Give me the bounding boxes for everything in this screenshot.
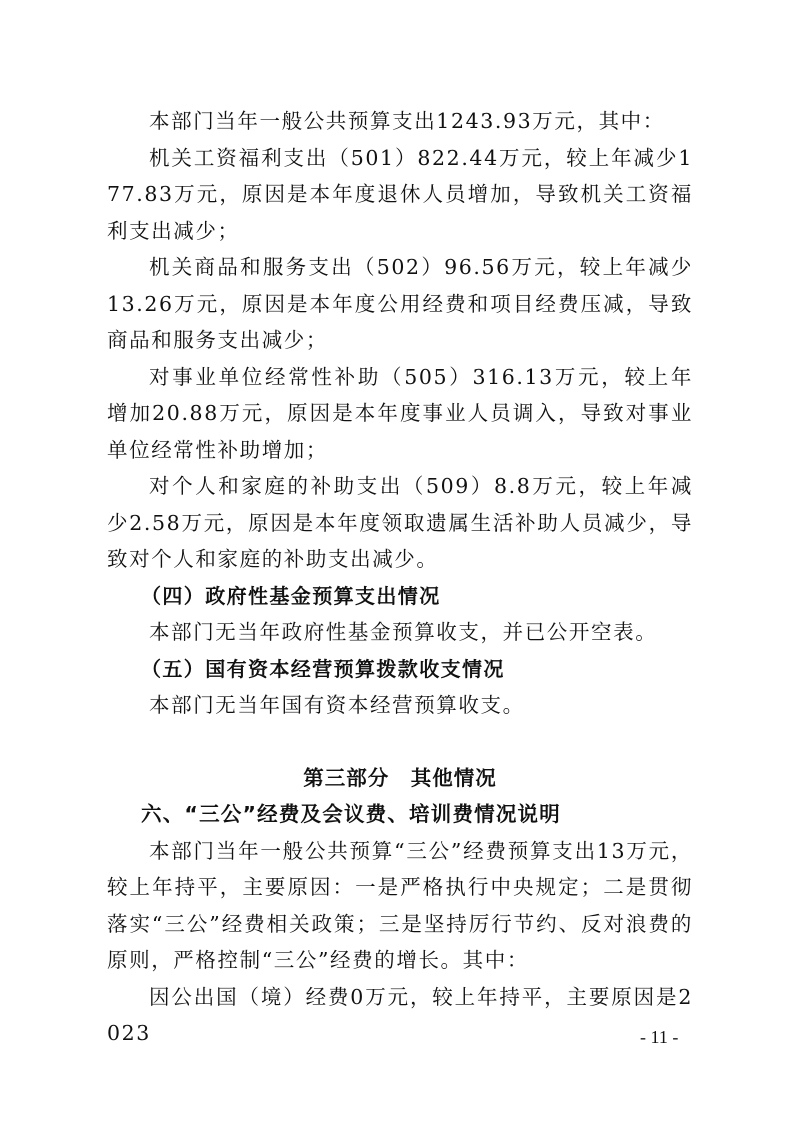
heading-government-fund-budget: （四）政府性基金预算支出情况 [107, 578, 693, 615]
part-three-title: 第三部分 其他情况 [107, 760, 693, 797]
document-page: 本部门当年一般公共预算支出1243.93万元，其中： 机关工资福利支出（501）… [107, 103, 693, 1052]
paragraph-wage-welfare-501: 机关工资福利支出（501）822.44万元，较上年减少177.83万元，原因是本… [107, 140, 693, 250]
paragraph-general-budget-total: 本部门当年一般公共预算支出1243.93万元，其中： [107, 103, 693, 140]
paragraph-household-subsidy-509: 对个人和家庭的补助支出（509）8.8万元，较上年减少2.58万元，原因是本年度… [107, 468, 693, 578]
heading-three-public-expenses: 六、“三公”经费及会议费、培训费情况说明 [107, 796, 693, 833]
paragraph-institution-subsidy-505: 对事业单位经常性补助（505）316.13万元，较上年增加20.88万元，原因是… [107, 359, 693, 469]
paragraph-three-public-expenses: 本部门当年一般公共预算“三公”经费预算支出13万元，较上年持平，主要原因：一是严… [107, 833, 693, 979]
section-spacer [107, 724, 693, 760]
paragraph-overseas-expenses: 因公出国（境）经费0万元，较上年持平，主要原因是2023 [107, 979, 693, 1052]
page-number: - 11 - [640, 1027, 678, 1048]
heading-state-capital-budget: （五）国有资本经营预算拨款收支情况 [107, 651, 693, 688]
paragraph-government-fund-body: 本部门无当年政府性基金预算收支，并已公开空表。 [107, 614, 693, 651]
paragraph-state-capital-body: 本部门无当年国有资本经营预算收支。 [107, 687, 693, 724]
paragraph-goods-services-502: 机关商品和服务支出（502）96.56万元，较上年减少13.26万元，原因是本年… [107, 249, 693, 359]
